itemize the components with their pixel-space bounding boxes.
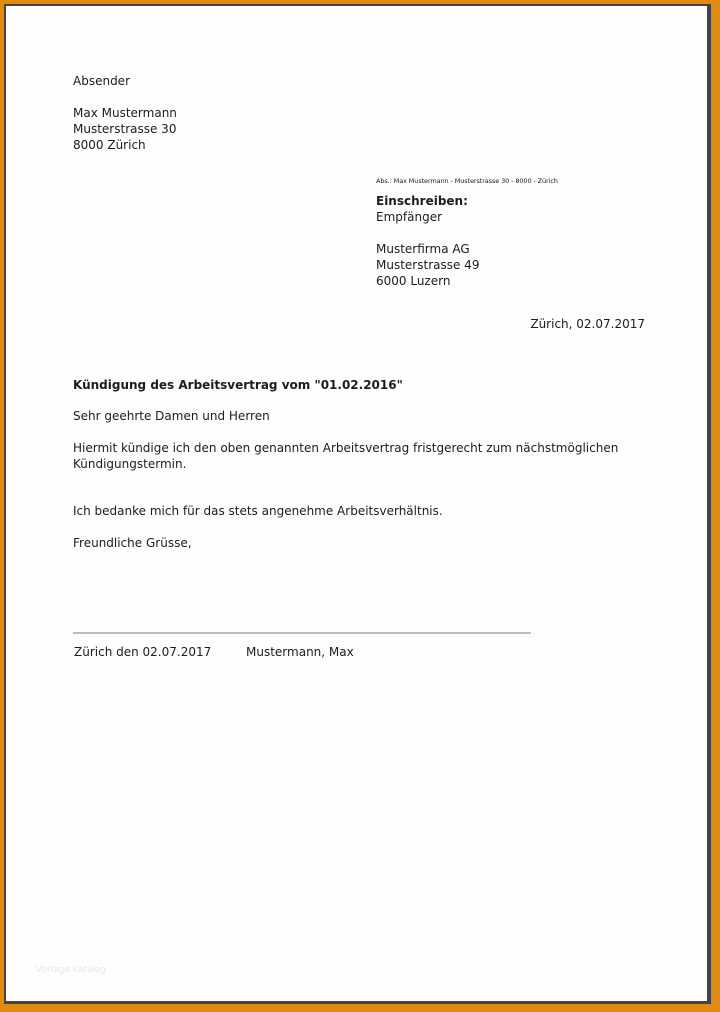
return-address-line: Abs.: Max Mustermann - Musterstrasse 30 … xyxy=(376,177,558,185)
sender-heading: Absender xyxy=(73,73,177,89)
salutation: Sehr geehrte Damen und Herren xyxy=(73,408,270,424)
recipient-city: 6000 Luzern xyxy=(376,273,479,289)
signature-divider xyxy=(73,632,531,634)
sender-city: 8000 Zürich xyxy=(73,137,177,153)
letter-date: Zürich, 02.07.2017 xyxy=(530,316,645,332)
letter-subject: Kündigung des Arbeitsvertrag vom "01.02.… xyxy=(73,377,403,393)
signature-place-date: Zürich den 02.07.2017 xyxy=(74,644,211,660)
spacer xyxy=(73,89,177,105)
recipient-company: Musterfirma AG xyxy=(376,241,479,257)
sender-name: Max Mustermann xyxy=(73,105,177,121)
body-paragraph-2: Ich bedanke mich für das stets angenehme… xyxy=(73,503,443,519)
sender-street: Musterstrasse 30 xyxy=(73,121,177,137)
sender-block: Absender Max Mustermann Musterstrasse 30… xyxy=(73,73,177,153)
body-paragraph-1: Hiermit kündige ich den oben genannten A… xyxy=(73,440,618,472)
closing: Freundliche Grüsse, xyxy=(73,535,192,551)
body-line: Hiermit kündige ich den oben genannten A… xyxy=(73,440,618,456)
signature-name: Mustermann, Max xyxy=(246,644,354,660)
recipient-label: Empfänger xyxy=(376,209,479,225)
spacer xyxy=(376,225,479,241)
recipient-street: Musterstrasse 49 xyxy=(376,257,479,273)
watermark: Vorlage katalog xyxy=(36,965,106,975)
recipient-block: Einschreiben: Empfänger Musterfirma AG M… xyxy=(376,193,479,289)
delivery-type: Einschreiben: xyxy=(376,193,479,209)
body-line: Kündigungstermin. xyxy=(73,456,618,472)
